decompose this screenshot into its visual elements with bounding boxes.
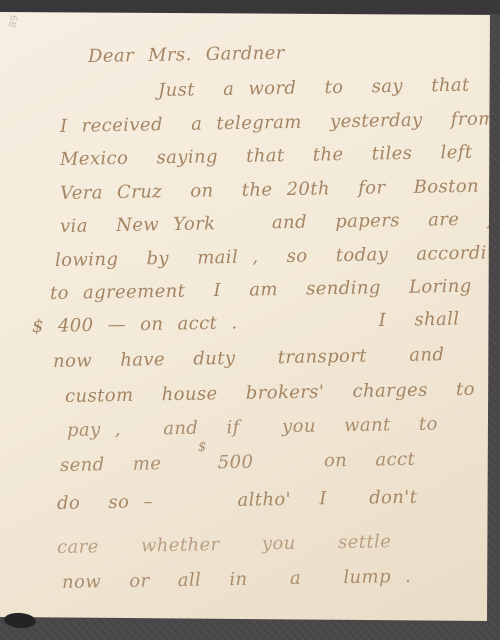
- letter-line-14: do so – altho' I don't: [57, 487, 418, 514]
- letter-line-4: Mexico saying that the tiles left: [60, 142, 473, 170]
- letter-text: Dear Mrs. Gardner Just a word to say tha…: [0, 0, 500, 640]
- letter-line-12: pay , and if you want to: [67, 414, 438, 441]
- letter-line-11: custom house brokers' charges to: [65, 379, 475, 407]
- letter-line-5: Vera Cruz on the 20th for Boston: [60, 176, 479, 204]
- letter-line-3: I received a telegram yesterday from: [60, 108, 496, 137]
- letter-line-13: send me 500 on acct: [60, 449, 416, 476]
- letter-line-15: care whether you settle: [57, 531, 392, 558]
- letter-line-10: now have duty transport and: [53, 344, 445, 372]
- letter-line-2: Just a word to say that: [158, 75, 470, 101]
- letter-line-16: now or all in a lump .: [62, 566, 412, 593]
- letter-paper: 89 Dear Mrs. Gardner Just a word to say …: [0, 0, 500, 640]
- letter-line-8: to agreement I am sending Loring: [50, 276, 472, 304]
- letter-line-7: lowing by mail , so today according: [55, 242, 500, 271]
- raised-dollar-sign: $: [198, 440, 206, 455]
- letter-line-6: via New York and papers are fol-: [60, 208, 500, 237]
- backdrop-top-band: [0, 0, 500, 14]
- letter-line-salutation: Dear Mrs. Gardner: [88, 43, 285, 67]
- photo-backdrop: 89 Dear Mrs. Gardner Just a word to say …: [0, 0, 500, 640]
- letter-line-9: $ 400 — on acct . I shall: [32, 309, 460, 337]
